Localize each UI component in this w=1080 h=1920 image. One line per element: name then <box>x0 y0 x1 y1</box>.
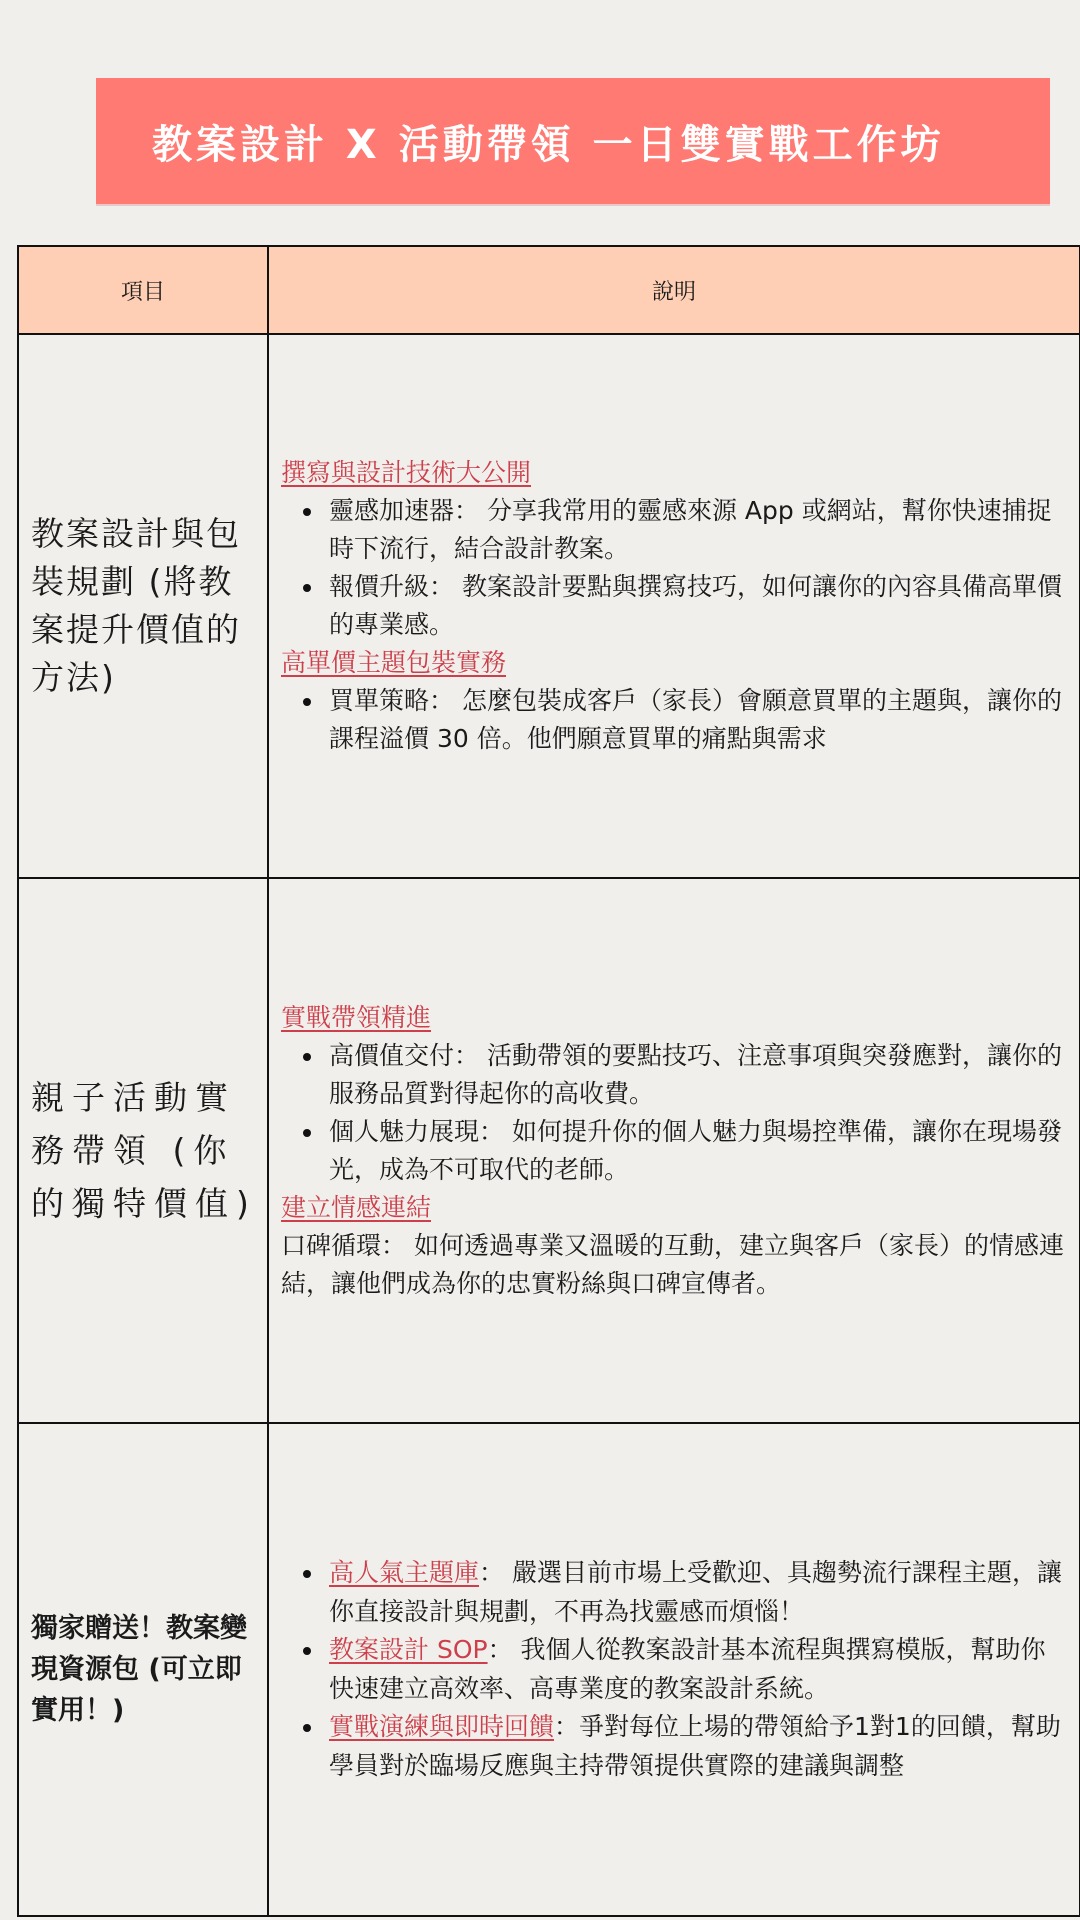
item-cell: 教案設計與包裝規劃 (將教案提升價值的方法) <box>18 334 268 878</box>
section-title: 建立情感連結 <box>281 1189 1069 1227</box>
table-header-row: 項目 說明 <box>18 246 1080 334</box>
item-label: 親子活動實務帶領 (你的獨特價值) <box>19 1071 267 1230</box>
list-item: 報價升級： 教案設計要點與撰寫技巧，如何讓你的內容具備高單價的專業感。 <box>329 568 1069 644</box>
header-description: 說明 <box>268 246 1080 334</box>
bullet-label: 高價值交付： <box>329 1041 479 1070</box>
description-cell: 撰寫與設計技術大公開 靈感加速器： 分享我常用的靈感來源 App 或網站，幫你快… <box>268 334 1080 878</box>
resource-link-practice-feedback[interactable]: 實戰演練與即時回饋 <box>329 1712 554 1741</box>
list-item: 實戰演練與即時回饋：爭對每位上場的帶領給予1對1的回饋，幫助學員對於臨場反應與主… <box>329 1708 1069 1785</box>
description-cell: 高人氣主題庫： 嚴選目前市場上受歡迎、具趨勢流行課程主題，讓你直接設計與規劃，不… <box>268 1423 1080 1916</box>
item-label: 獨家贈送！教案變現資源包 (可立即實用！) <box>19 1608 267 1731</box>
section-title: 實戰帶領精進 <box>281 999 1069 1037</box>
table-row: 獨家贈送！教案變現資源包 (可立即實用！) 高人氣主題庫： 嚴選目前市場上受歡迎… <box>18 1423 1080 1916</box>
item-cell: 親子活動實務帶領 (你的獨特價值) <box>18 878 268 1423</box>
header-item: 項目 <box>18 246 268 334</box>
bullet-label: 報價升級： <box>329 572 454 601</box>
list-item: 買單策略： 怎麼包裝成客戶（家長）會願意買單的主題與，讓你的課程溢價 30 倍。… <box>329 682 1069 758</box>
description-cell: 實戰帶領精進 高價值交付： 活動帶領的要點技巧、注意事項與突發應對，讓你的服務品… <box>268 878 1080 1423</box>
resource-link-sop[interactable]: 教案設計 SOP <box>329 1635 488 1664</box>
bullet-label: 個人魅力展現： <box>329 1117 504 1146</box>
item-label: 教案設計與包裝規劃 (將教案提升價值的方法) <box>19 510 267 702</box>
list-item: 高人氣主題庫： 嚴選目前市場上受歡迎、具趨勢流行課程主題，讓你直接設計與規劃，不… <box>329 1554 1069 1631</box>
bullet-list: 高人氣主題庫： 嚴選目前市場上受歡迎、具趨勢流行課程主題，讓你直接設計與規劃，不… <box>281 1554 1069 1785</box>
resource-link-topic-library[interactable]: 高人氣主題庫 <box>329 1558 479 1587</box>
bullet-label: 靈感加速器： <box>329 496 479 525</box>
list-item: 教案設計 SOP： 我個人從教案設計基本流程與撰寫模版，幫助你快速建立高效率、高… <box>329 1631 1069 1708</box>
section-title: 高單價主題包裝實務 <box>281 644 1069 682</box>
list-item: 高價值交付： 活動帶領的要點技巧、注意事項與突發應對，讓你的服務品質對得起你的高… <box>329 1037 1069 1113</box>
bullet-list: 靈感加速器： 分享我常用的靈感來源 App 或網站，幫你快速捕捉時下流行，結合設… <box>281 492 1069 644</box>
list-item: 個人魅力展現： 如何提升你的個人魅力與場控準備，讓你在現場發光，成為不可取代的老… <box>329 1113 1069 1189</box>
bullet-list: 買單策略： 怎麼包裝成客戶（家長）會願意買單的主題與，讓你的課程溢價 30 倍。… <box>281 682 1069 758</box>
workshop-table: 項目 說明 教案設計與包裝規劃 (將教案提升價值的方法) 撰寫與設計技術大公開 … <box>17 245 1080 1917</box>
table-row: 教案設計與包裝規劃 (將教案提升價值的方法) 撰寫與設計技術大公開 靈感加速器：… <box>18 334 1080 878</box>
list-item: 靈感加速器： 分享我常用的靈感來源 App 或網站，幫你快速捕捉時下流行，結合設… <box>329 492 1069 568</box>
bullet-list: 高價值交付： 活動帶領的要點技巧、注意事項與突發應對，讓你的服務品質對得起你的高… <box>281 1037 1069 1189</box>
table-row: 親子活動實務帶領 (你的獨特價值) 實戰帶領精進 高價值交付： 活動帶領的要點技… <box>18 878 1080 1423</box>
section-paragraph: 口碑循環： 如何透過專業又溫暖的互動，建立與客戶（家長）的情感連結，讓他們成為你… <box>281 1227 1069 1303</box>
title-banner: 教案設計 X 活動帶領 一日雙實戰工作坊 <box>96 78 1050 204</box>
page-title: 教案設計 X 活動帶領 一日雙實戰工作坊 <box>152 113 945 170</box>
bullet-label: 買單策略： <box>329 686 454 715</box>
section-title: 撰寫與設計技術大公開 <box>281 454 1069 492</box>
item-cell: 獨家贈送！教案變現資源包 (可立即實用！) <box>18 1423 268 1916</box>
